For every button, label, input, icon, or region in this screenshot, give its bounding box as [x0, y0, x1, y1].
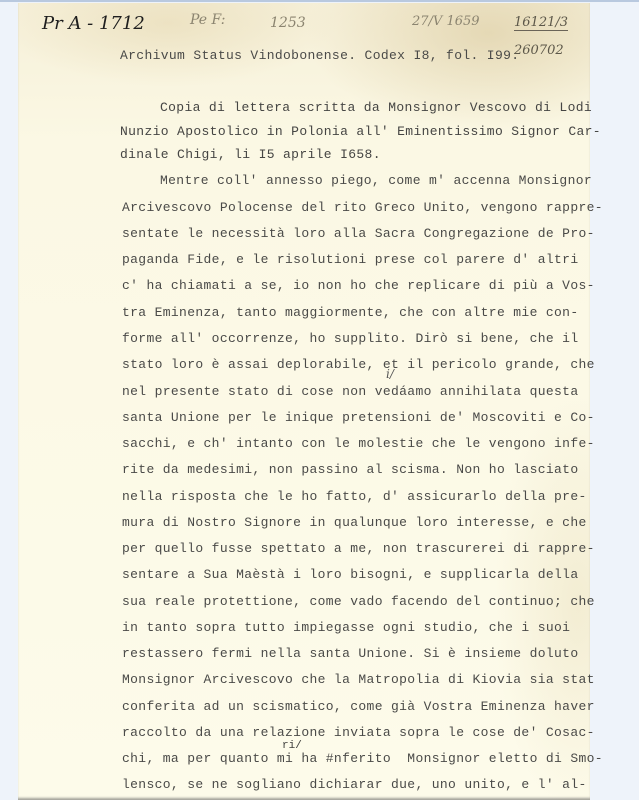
body-line: Arcivescovo Polocense del rito Greco Uni…: [122, 200, 603, 215]
letter-title-line-1: Copia di lettera scritta da Monsignor Ve…: [160, 100, 592, 115]
body-line: tra Eminenza, tanto maggiormente, che co…: [122, 305, 578, 320]
body-line: chi, ma per quanto mi ha #nferito Monsig…: [122, 751, 603, 766]
body-line: in tanto sopra tutto impiegasse ogni stu…: [122, 620, 570, 635]
handwritten-correction: i/: [386, 367, 394, 381]
body-line: sentare a Sua Maèstà i loro bisogni, e s…: [122, 567, 578, 582]
body-line: conferita ad un scismatico, come già Vos…: [122, 699, 595, 714]
viewer-top-border: [0, 0, 639, 2]
handwritten-date-note: 27/V 1659: [412, 14, 480, 29]
document-page: Pr A - 1712 Pe F: 1253 27/V 1659 16121/3…: [18, 3, 590, 800]
body-line: raccolto da una relazione inviata sopra …: [122, 725, 595, 740]
body-line: mura di Nostro Signore in qualunque loro…: [122, 515, 587, 530]
body-line: rite da medesimi, non passino al scisma.…: [122, 462, 578, 477]
handwritten-ref-number: 16121/3: [514, 15, 568, 31]
body-line: Mentre coll' annesso piego, come m' acce…: [160, 173, 592, 188]
body-line: c' ha chiamati a se, io non ho che repli…: [122, 278, 595, 293]
archive-reference-line: Archivum Status Vindobonense. Codex I8, …: [120, 48, 519, 63]
body-line: sacchi, e ch' intanto con le molestie ch…: [122, 436, 595, 451]
body-line: restassero fermi nella santa Unione. Si …: [122, 646, 578, 661]
pencil-reference: Pe F:: [190, 12, 225, 28]
body-line: santa Unione per le inique pretensioni d…: [122, 410, 595, 425]
body-line: nel presente stato di cose non vedáamo a…: [122, 384, 578, 399]
letter-title-line-3: dinale Chigi, li I5 aprile I658.: [120, 147, 381, 162]
body-line: stato loro è assai deplorabile, et il pe…: [122, 357, 595, 372]
body-line: sua reale protettione, come vado facendo…: [122, 594, 595, 609]
body-line: per quello fusse spettato a me, non tras…: [122, 541, 595, 556]
body-line: forme all' occorrenze, ho supplito. Dirò…: [122, 331, 578, 346]
handwritten-shelfmark: Pr A - 1712: [42, 13, 145, 34]
body-line: paganda Fide, e le risolutioni prese col…: [122, 252, 578, 267]
body-line: lensco, se ne sogliano dichiarar due, un…: [122, 777, 587, 792]
pencil-number: 1253: [270, 15, 306, 31]
letter-title-line-2: Nunzio Apostolico in Polonia all' Eminen…: [120, 124, 601, 139]
body-line: sentate le necessità loro alla Sacra Con…: [122, 226, 595, 241]
handwritten-ref-number-2: 260702: [514, 43, 564, 58]
body-line: Monsignor Arcivescovo che la Matropolia …: [122, 672, 595, 687]
body-line: nella risposta che le ho fatto, d' assic…: [122, 489, 587, 504]
